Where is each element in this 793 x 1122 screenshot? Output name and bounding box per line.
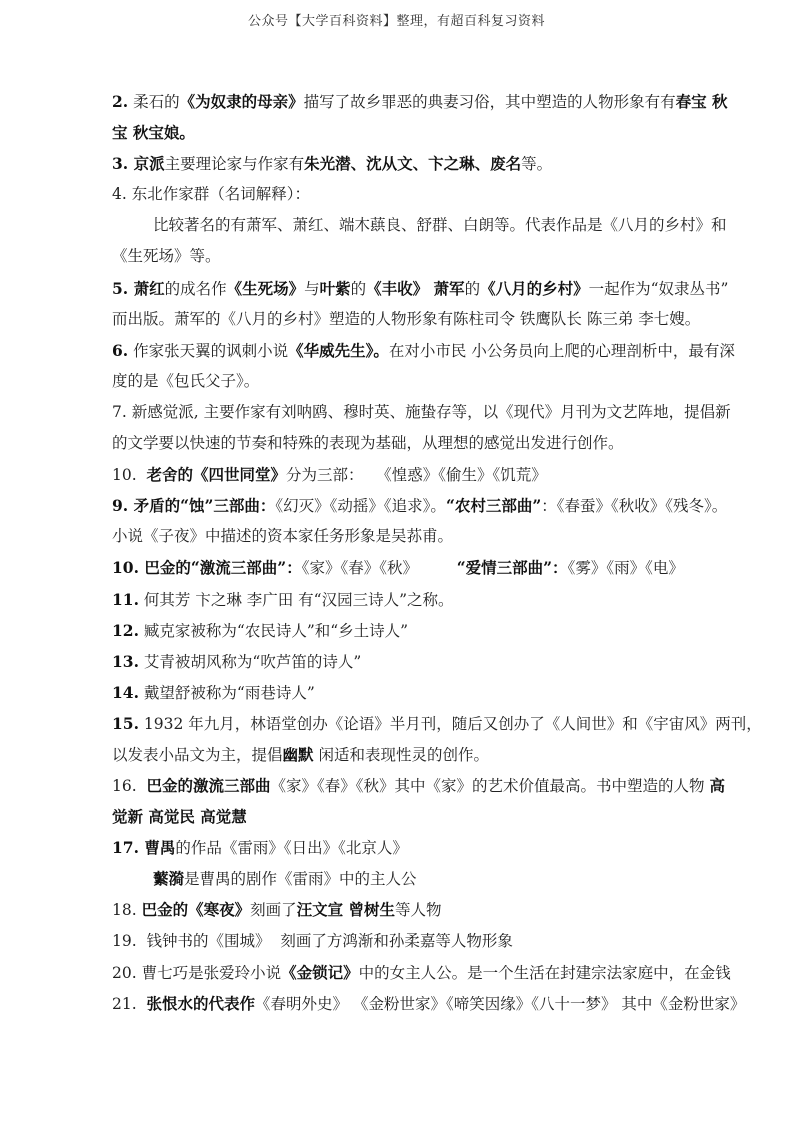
text-line: 3. 京派主要理论家与作家有朱光潜、沈从文、卞之琳、废名等。 (112, 148, 687, 179)
text-run: 16. (112, 777, 147, 795)
text-line: 20. 曹七巧是张爱玲小说《金锁记》中的女主人公。是一个生活在封建宗法家庭中，在… (112, 957, 687, 988)
text-run: ：《春蚕》《秋收》《残冬》。 (541, 497, 727, 515)
text-line: 18. 巴金的《寒夜》刻画了汪文宣 曾树生等人物 (112, 894, 687, 925)
bold-text-run: “爱情三部曲”： (457, 558, 568, 577)
text-run: 《家》《春》《秋》其中《家》的艺术价值最高。书中塑造的人物 (271, 777, 710, 795)
text-run: 描写了故乡罪恶的典妻习俗，其中塑造的人物形象有有 (304, 93, 676, 111)
text-run: 18. (112, 901, 142, 919)
text-line: 的文学要以快速的节奏和特殊的表现为基础，从理想的感觉出发进行创作。 (112, 428, 687, 459)
text-line: 4. 东北作家群（名词解释）： (112, 179, 687, 210)
bold-text-run: 汪文宣 曾树生 (297, 900, 395, 919)
text-run: 中的女主人公。是一个生活在封建宗法家庭中，在金钱 (359, 964, 731, 982)
text-run: 臧克家被称为“农民诗人”和“乡土诗人” (139, 622, 408, 640)
text-run: 是曹禺的剧作《雷雨》中的主人公 (184, 870, 417, 888)
bold-text-run: 12. (112, 621, 139, 640)
text-run: 以发表小品文为主，提倡 (112, 746, 283, 764)
bold-text-run: 蘩漪 (153, 869, 184, 888)
text-run: 柔石的 (128, 93, 179, 111)
bold-text-run: 13. (112, 652, 139, 671)
text-line: 蘩漪是曹禺的剧作《雷雨》中的主人公 (112, 863, 687, 894)
bold-text-run: 幽默 (283, 745, 314, 764)
bold-text-run: 朱光潜、沈从文、卞之琳、废名 (304, 154, 521, 173)
bold-text-run: 巴金的激流三部曲 (147, 776, 271, 795)
bold-text-run: 9. 矛盾的“蚀”三部曲： (112, 496, 275, 515)
document-body: 2. 柔石的《为奴隶的母亲》描写了故乡罪恶的典妻习俗，其中塑造的人物形象有有春宝… (112, 86, 687, 1019)
text-line: 觉新 高觉民 高觉慧 (112, 801, 687, 832)
text-run: 7. 新感觉派, 主要作家有刘呐鸥、穆时英、施蛰存等，以《现代》月刊为文艺阵地，… (112, 403, 731, 421)
text-run: 闲适和表现性灵的创作。 (314, 746, 489, 764)
bold-text-run: 《生死场》 (227, 279, 305, 298)
bold-text-run: 老舍的《四世同堂》 (147, 465, 287, 484)
bold-text-run: 春宝 秋 (676, 92, 728, 111)
text-run: 1932 年九月，林语堂创办《论语》半月刊，随后又创办了《人间世》和《宇宙风》两… (139, 715, 762, 733)
text-line: 度的是《包氏父子》。 (112, 366, 687, 397)
text-run: 刻画了 (250, 901, 297, 919)
bold-text-run: 6. (112, 341, 128, 360)
bold-text-run: 《八月的乡村》 (480, 279, 589, 298)
text-line: 小说《子夜》中描述的资本家任务形象是吴荪甫。 (112, 521, 687, 552)
text-run: 比较著名的有萧军、萧红、端木蕻良、舒群、白朗等。代表作品是《八月的乡村》和 (153, 216, 727, 234)
bold-text-run: 《华威先生》。 (288, 341, 389, 360)
text-run: 的 (465, 280, 481, 298)
text-run: 小说《子夜》中描述的资本家任务形象是吴荪甫。 (112, 527, 453, 545)
bold-text-run: 高 (709, 776, 725, 795)
text-run: 的 (351, 280, 367, 298)
bold-text-run: 叶紫 (320, 279, 351, 298)
text-run: 21. (112, 995, 147, 1013)
bold-text-run: 11. (112, 590, 139, 609)
text-run: 与 (304, 280, 320, 298)
bold-text-run: 3. 京派 (112, 154, 165, 173)
text-run: 分为三部： 《惶惑》《偷生》《饥荒》 (286, 466, 547, 484)
text-run: 4. 东北作家群（名词解释）： (112, 185, 310, 203)
text-line: 11. 何其芳 卞之琳 李广田 有“汉园三诗人”之称。 (112, 584, 687, 615)
text-line: 5. 萧红的成名作《生死场》与叶紫的《丰收》 萧军的《八月的乡村》一起作为“奴隶… (112, 273, 687, 304)
text-run: 的成名作 (165, 280, 227, 298)
text-line: 17. 曹禺的作品《雷雨》《日出》《北京人》 (112, 832, 687, 863)
text-run: 度的是《包氏父子》。 (112, 372, 259, 390)
text-run: 艾青被胡风称为“吹芦笛的诗人” (139, 653, 361, 671)
text-run: 在对小市民 小公务员向上爬的心理剖析中，最有深 (389, 342, 735, 360)
text-line: 而出版。萧军的《八月的乡村》塑造的人物形象有陈柱司令 铁鹰队长 陈三弟 李七嫂。 (112, 304, 687, 335)
bold-text-run: 5. 萧红 (112, 279, 165, 298)
text-run: 何其芳 卞之琳 李广田 有“汉园三诗人”之称。 (139, 591, 454, 609)
page-header-note: 公众号【大学百科资料】整理，有超百科复习资料 (0, 10, 793, 29)
text-line: 比较著名的有萧军、萧红、端木蕻良、舒群、白朗等。代表作品是《八月的乡村》和 (112, 210, 687, 241)
text-run: 的作品《雷雨》《日出》《北京人》 (175, 839, 408, 857)
document-page: 公众号【大学百科资料】整理，有超百科复习资料 2. 柔石的《为奴隶的母亲》描写了… (0, 0, 793, 1122)
text-run: 等。 (521, 155, 552, 173)
text-run: 《家》《春》《秋》 (302, 559, 457, 577)
text-run: 《雾》《雨》《电》 (568, 559, 684, 577)
text-run: 10. (112, 466, 147, 484)
bold-text-run: 张恨水的代表作 (147, 994, 256, 1013)
text-run: 作家张天翼的讽刺小说 (128, 342, 288, 360)
text-run: 《生死场》等。 (112, 247, 221, 265)
text-run: 而出版。萧军的《八月的乡村》塑造的人物形象有陈柱司令 铁鹰队长 陈三弟 李七嫂。 (112, 310, 700, 328)
bold-text-run: 《金锁记》 (281, 963, 359, 982)
text-line: 《生死场》等。 (112, 241, 687, 272)
bold-text-run: 17. 曹禺 (112, 838, 175, 857)
bold-text-run: 觉新 高觉民 高觉慧 (112, 807, 247, 826)
text-line: 10. 老舍的《四世同堂》分为三部： 《惶惑》《偷生》《饥荒》 (112, 459, 687, 490)
bold-text-run: 《丰收》 萧军 (366, 279, 464, 298)
bold-text-run: 14. (112, 683, 139, 702)
text-run: 《春明外史》 《金粉世家》《啼笑因缘》《八十一梦》 其中《金粉世家》 (255, 995, 745, 1013)
text-run: 的文学要以快速的节奏和特殊的表现为基础，从理想的感觉出发进行创作。 (112, 434, 624, 452)
bold-text-run: 巴金的《寒夜》 (142, 900, 251, 919)
text-line: 2. 柔石的《为奴隶的母亲》描写了故乡罪恶的典妻习俗，其中塑造的人物形象有有春宝… (112, 86, 687, 117)
text-line: 宝 秋宝娘。 (112, 117, 687, 148)
bold-text-run: 宝 秋宝娘。 (112, 123, 195, 142)
bold-text-run: 《为奴隶的母亲》 (180, 92, 304, 111)
text-run: 等人物 (395, 901, 442, 919)
text-line: 以发表小品文为主，提倡幽默 闲适和表现性灵的创作。 (112, 739, 687, 770)
text-line: 6. 作家张天翼的讽刺小说《华威先生》。在对小市民 小公务员向上爬的心理剖析中，… (112, 335, 687, 366)
text-line: 7. 新感觉派, 主要作家有刘呐鸥、穆时英、施蛰存等，以《现代》月刊为文艺阵地，… (112, 397, 687, 428)
text-line: 21. 张恨水的代表作《春明外史》 《金粉世家》《啼笑因缘》《八十一梦》 其中《… (112, 988, 687, 1019)
text-line: 15. 1932 年九月，林语堂创办《论语》半月刊，随后又创办了《人间世》和《宇… (112, 708, 687, 739)
text-line: 14. 戴望舒被称为“雨巷诗人” (112, 677, 687, 708)
bold-text-run: 2. (112, 92, 128, 111)
text-run: 19. 钱钟书的《围城》 刻画了方鸿渐和孙柔嘉等人物形象 (112, 932, 513, 950)
text-run: 戴望舒被称为“雨巷诗人” (139, 684, 315, 702)
text-run: 20. 曹七巧是张爱玲小说 (112, 964, 281, 982)
text-line: 10. 巴金的“激流三部曲”：《家》《春》《秋》 “爱情三部曲”：《雾》《雨》《… (112, 552, 687, 583)
text-line: 13. 艾青被胡风称为“吹芦笛的诗人” (112, 646, 687, 677)
text-line: 12. 臧克家被称为“农民诗人”和“乡土诗人” (112, 615, 687, 646)
text-run: 《幻灭》《动摇》《追求》。 (275, 497, 446, 515)
text-run: 一起作为“奴隶丛书” (589, 280, 729, 298)
text-line: 19. 钱钟书的《围城》 刻画了方鸿渐和孙柔嘉等人物形象 (112, 926, 687, 957)
bold-text-run: 10. 巴金的“激流三部曲”： (112, 558, 302, 577)
text-run: 主要理论家与作家有 (165, 155, 305, 173)
bold-text-run: “农村三部曲” (446, 496, 541, 515)
text-line: 16. 巴金的激流三部曲《家》《春》《秋》其中《家》的艺术价值最高。书中塑造的人… (112, 770, 687, 801)
bold-text-run: 15. (112, 714, 139, 733)
text-line: 9. 矛盾的“蚀”三部曲：《幻灭》《动摇》《追求》。“农村三部曲”：《春蚕》《秋… (112, 490, 687, 521)
